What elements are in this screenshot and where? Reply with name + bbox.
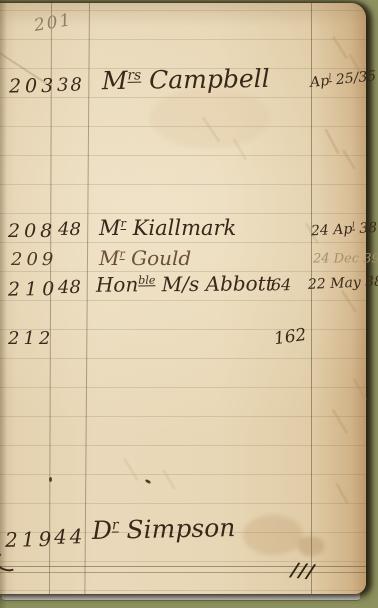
entry-amount: 162 bbox=[273, 325, 308, 349]
entry-number: 209 bbox=[11, 249, 57, 270]
ledger-row-210: 210 48 Honble M/s Abbott 64 22 May 38 bbox=[0, 269, 378, 314]
entry-name-main: M/s Abbott bbox=[155, 271, 274, 296]
entry-number: 219 bbox=[5, 527, 56, 552]
entry-amount: 64 bbox=[271, 275, 292, 294]
entry-number: 210 bbox=[8, 278, 59, 300]
entry-date: Apl 25/35 bbox=[309, 68, 377, 91]
entry-name-main: Gould bbox=[125, 246, 191, 270]
entry-date-pre: Ap bbox=[309, 73, 330, 91]
entry-name: Dr Simpson bbox=[92, 513, 236, 545]
entry-name: Mr Kiallmark bbox=[99, 216, 236, 240]
entry-name-pre: M bbox=[102, 66, 128, 95]
entry-name: Mrs Campbell bbox=[102, 64, 270, 95]
ledger-row-212: 212 162 bbox=[0, 325, 378, 367]
entry-number: 212 bbox=[8, 328, 54, 349]
entry-number: 203 bbox=[9, 75, 58, 98]
entry-name: Honble M/s Abbott bbox=[96, 271, 274, 297]
entry-date-pre: 22 May 38 bbox=[308, 274, 378, 293]
entry-name-main: Campbell bbox=[141, 64, 270, 95]
ink-speck bbox=[49, 477, 52, 482]
entry-name-pre: M bbox=[99, 216, 121, 240]
entry-name-pre: M bbox=[99, 246, 119, 270]
entry-date: 22 May 38 bbox=[308, 273, 378, 293]
entry-name: Mr Gould bbox=[99, 246, 191, 270]
entry-name-sup: ble bbox=[138, 274, 155, 287]
entry-date-main: 25/35 bbox=[331, 68, 377, 88]
entry-number: 208 bbox=[8, 220, 56, 242]
entry-name-sup: rs bbox=[127, 67, 141, 83]
entry-date-main: 38 bbox=[354, 220, 377, 237]
entry-name-main: Simpson bbox=[118, 513, 235, 544]
entry-date: 24 Dec 39 bbox=[313, 250, 378, 266]
ledger-row-219: 219 44 Dr Simpson bbox=[0, 508, 378, 558]
entry-name-pre: D bbox=[92, 516, 113, 545]
entry-date-pre: 24 Dec 39 bbox=[313, 251, 378, 266]
tally-marks: /// bbox=[290, 559, 316, 583]
ledger-photo: 201 203 38 Mrs Campbell Apl 25/35 208 48… bbox=[0, 0, 378, 608]
entry-col2: 44 bbox=[54, 524, 86, 549]
entry-col2: 48 bbox=[58, 219, 81, 240]
entry-date: 24 Apl 38 bbox=[311, 219, 378, 239]
entry-name-pre: Hon bbox=[96, 272, 139, 296]
entry-col2: 38 bbox=[57, 74, 84, 95]
ledger-row-203: 203 38 Mrs Campbell Apl 25/35 bbox=[0, 61, 378, 108]
entry-name-main: Kiallmark bbox=[126, 216, 236, 240]
entry-col2: 48 bbox=[58, 277, 81, 298]
entry-date-pre: 24 Ap bbox=[311, 221, 353, 239]
